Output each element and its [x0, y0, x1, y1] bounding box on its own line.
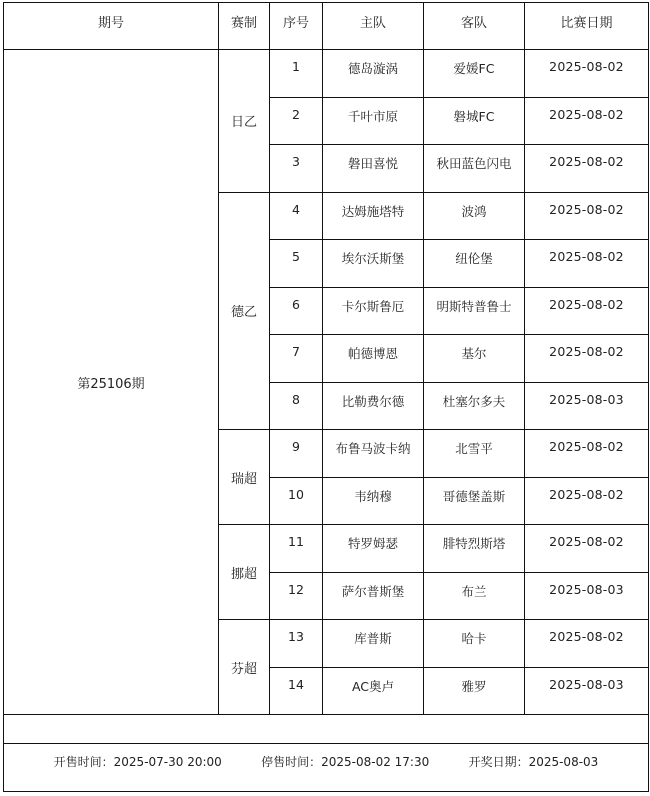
match-date: 2025-08-02 — [525, 192, 649, 240]
match-schedule-table: 期号 赛制 序号 主队 客队 比赛日期 第25106期 日乙 1 德岛漩涡 爱媛… — [3, 2, 649, 792]
away-team: 杜塞尔多夫 — [424, 382, 525, 430]
home-team: 卡尔斯鲁厄 — [323, 287, 424, 335]
home-team: 布鲁马波卡纳 — [323, 430, 424, 478]
home-team: 帕德博恩 — [323, 335, 424, 383]
match-date: 2025-08-02 — [525, 477, 649, 525]
match-no: 14 — [270, 667, 323, 715]
match-no: 1 — [270, 50, 323, 98]
header-period: 期号 — [4, 3, 219, 50]
match-date: 2025-08-02 — [525, 525, 649, 573]
match-no: 2 — [270, 97, 323, 145]
home-team: 埃尔沃斯堡 — [323, 240, 424, 288]
league-cell: 瑞超 — [219, 430, 270, 525]
match-date: 2025-08-03 — [525, 667, 649, 715]
league-cell: 芬超 — [219, 620, 270, 715]
home-team: 德岛漩涡 — [323, 50, 424, 98]
away-team: 明斯特普鲁士 — [424, 287, 525, 335]
draw-date: 开奖日期：2025-08-03 — [469, 753, 599, 770]
home-team: AC奥卢 — [323, 667, 424, 715]
away-team: 雅罗 — [424, 667, 525, 715]
header-date: 比赛日期 — [525, 3, 649, 50]
header-away: 客队 — [424, 3, 525, 50]
sale-start-time: 开售时间：2025-07-30 20:00 — [54, 753, 222, 770]
match-no: 5 — [270, 240, 323, 288]
home-team: 韦纳穆 — [323, 477, 424, 525]
away-team: 北雪平 — [424, 430, 525, 478]
away-team: 哈卡 — [424, 620, 525, 668]
league-cell: 挪超 — [219, 525, 270, 620]
away-team: 波鸿 — [424, 192, 525, 240]
match-no: 9 — [270, 430, 323, 478]
away-team: 磐城FC — [424, 97, 525, 145]
home-team: 磐田喜悦 — [323, 145, 424, 193]
match-date: 2025-08-02 — [525, 430, 649, 478]
match-date: 2025-08-03 — [525, 572, 649, 620]
table-row: 第25106期 日乙 1 德岛漩涡 爱媛FC 2025-08-02 — [4, 50, 649, 98]
away-team: 布兰 — [424, 572, 525, 620]
home-team: 比勒费尔德 — [323, 382, 424, 430]
match-no: 8 — [270, 382, 323, 430]
match-no: 4 — [270, 192, 323, 240]
header-home: 主队 — [323, 3, 424, 50]
empty-row — [4, 715, 649, 744]
away-team: 秋田蓝色闪电 — [424, 145, 525, 193]
match-date: 2025-08-02 — [525, 50, 649, 98]
match-no: 13 — [270, 620, 323, 668]
match-no: 12 — [270, 572, 323, 620]
match-no: 10 — [270, 477, 323, 525]
away-team: 爱媛FC — [424, 50, 525, 98]
period-cell: 第25106期 — [4, 50, 219, 715]
empty-cell — [4, 715, 649, 744]
match-date: 2025-08-02 — [525, 620, 649, 668]
away-team: 纽伦堡 — [424, 240, 525, 288]
match-date: 2025-08-02 — [525, 145, 649, 193]
match-no: 6 — [270, 287, 323, 335]
match-date: 2025-08-02 — [525, 240, 649, 288]
footer-info: 开售时间：2025-07-30 20:00 停售时间：2025-08-02 17… — [4, 753, 648, 770]
home-team: 特罗姆瑟 — [323, 525, 424, 573]
home-team: 达姆施塔特 — [323, 192, 424, 240]
match-no: 11 — [270, 525, 323, 573]
away-team: 腓特烈斯塔 — [424, 525, 525, 573]
match-date: 2025-08-02 — [525, 97, 649, 145]
away-team: 哥德堡盖斯 — [424, 477, 525, 525]
match-no: 7 — [270, 335, 323, 383]
footer-cell: 开售时间：2025-07-30 20:00 停售时间：2025-08-02 17… — [4, 744, 649, 792]
home-team: 萨尔普斯堡 — [323, 572, 424, 620]
footer-row: 开售时间：2025-07-30 20:00 停售时间：2025-08-02 17… — [4, 744, 649, 792]
header-no: 序号 — [270, 3, 323, 50]
header-row: 期号 赛制 序号 主队 客队 比赛日期 — [4, 3, 649, 50]
match-date: 2025-08-02 — [525, 287, 649, 335]
match-date: 2025-08-03 — [525, 382, 649, 430]
sale-stop-time: 停售时间：2025-08-02 17:30 — [261, 753, 429, 770]
home-team: 千叶市原 — [323, 97, 424, 145]
match-no: 3 — [270, 145, 323, 193]
away-team: 基尔 — [424, 335, 525, 383]
league-cell: 日乙 — [219, 50, 270, 193]
match-date: 2025-08-02 — [525, 335, 649, 383]
home-team: 库普斯 — [323, 620, 424, 668]
league-cell: 德乙 — [219, 192, 270, 430]
header-league: 赛制 — [219, 3, 270, 50]
